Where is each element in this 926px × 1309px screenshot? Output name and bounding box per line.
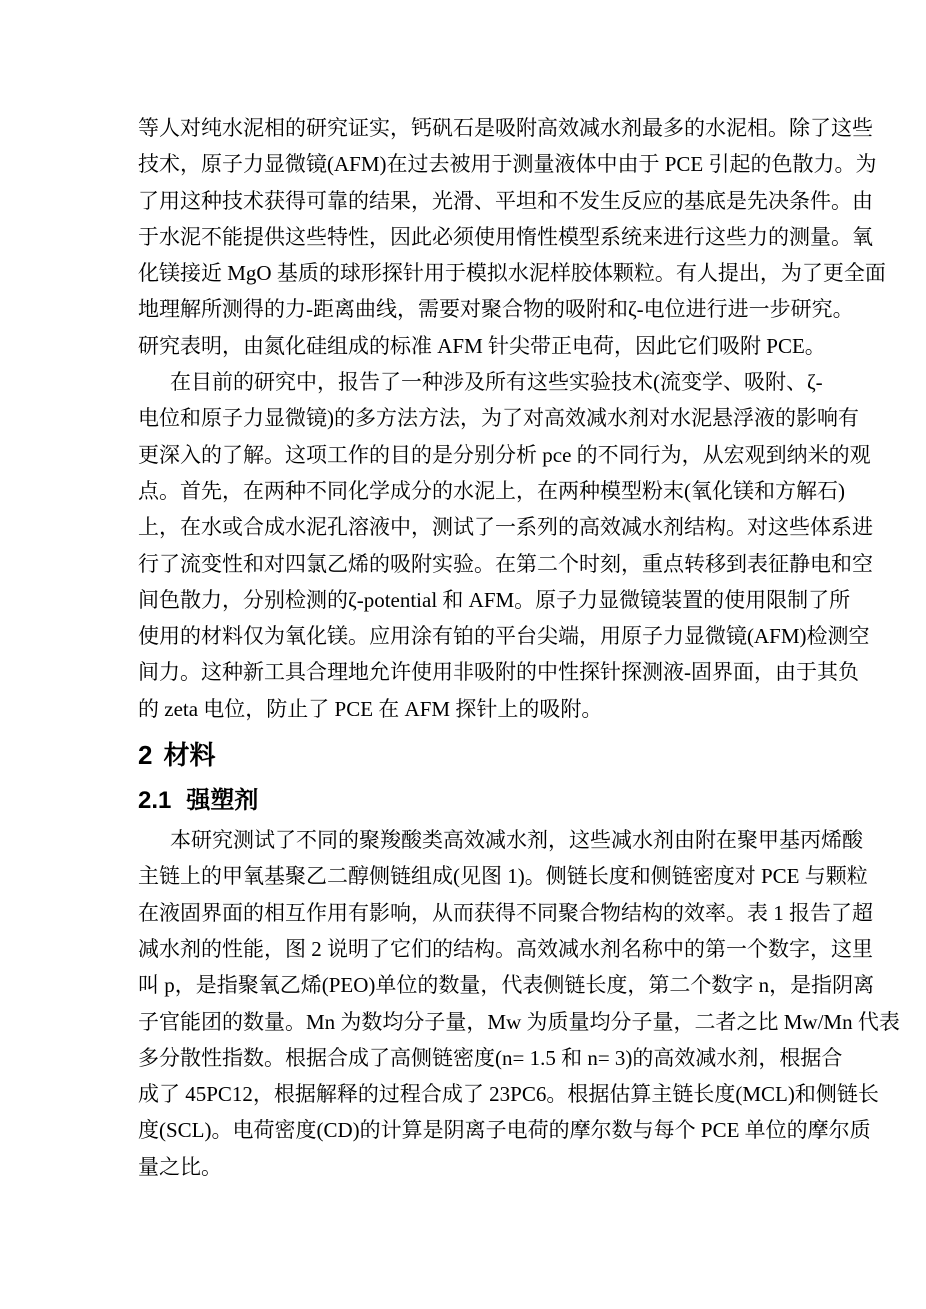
page-content: 等人对纯水泥相的研究证实，钙矾石是吸附高效减水剂最多的水泥相。除了这些技术，原子… — [138, 110, 792, 1185]
text-line: 化镁接近 MgO 基质的球形探针用于模拟水泥样胶体颗粒。有人提出，为了更全面 — [138, 255, 792, 291]
document-page: 等人对纯水泥相的研究证实，钙矾石是吸附高效减水剂最多的水泥相。除了这些技术，原子… — [0, 0, 926, 1309]
text-line: 在目前的研究中，报告了一种涉及所有这些实验技术(流变学、吸附、ζ- — [138, 364, 792, 400]
text-line: 在液固界面的相互作用有影响，从而获得不同聚合物结构的效率。表 1 报告了超 — [138, 895, 792, 931]
text-line: 上，在水或合成水泥孔溶液中，测试了一系列的高效减水剂结构。对这些体系进 — [138, 509, 792, 545]
heading-text: 材料 — [163, 740, 215, 770]
text-line: 子官能团的数量。Mn 为数均分子量，Mw 为质量均分子量，二者之比 Mw/Mn … — [138, 1004, 792, 1040]
text-line: 电位和原子力显微镜)的多方法方法，为了对高效减水剂对水泥悬浮液的影响有 — [138, 400, 792, 436]
text-line: 使用的材料仅为氧化镁。应用涂有铂的平台尖端，用原子力显微镜(AFM)检测空 — [138, 618, 792, 654]
paragraph: 本研究测试了不同的聚羧酸类高效减水剂，这些减水剂由附在聚甲基丙烯酸主链上的甲氧基… — [138, 822, 792, 1185]
paragraph: 在目前的研究中，报告了一种涉及所有这些实验技术(流变学、吸附、ζ-电位和原子力显… — [138, 364, 792, 727]
text-line: 于水泥不能提供这些特性，因此必须使用惰性模型系统来进行这些力的测量。氧 — [138, 219, 792, 255]
text-line: 本研究测试了不同的聚羧酸类高效减水剂，这些减水剂由附在聚甲基丙烯酸 — [138, 822, 792, 858]
text-line: 点。首先，在两种不同化学成分的水泥上，在两种模型粉末(氧化镁和方解石) — [138, 473, 792, 509]
section-heading-2.1: 2.1强塑剂 — [138, 783, 792, 819]
text-line: 成了 45PC12，根据解释的过程合成了 23PC6。根据估算主链长度(MCL)… — [138, 1076, 792, 1112]
text-line: 多分散性指数。根据合成了高侧链密度(n= 1.5 和 n= 3)的高效减水剂，根… — [138, 1040, 792, 1076]
text-line: 主链上的甲氧基聚乙二醇侧链组成(见图 1)。侧链长度和侧链密度对 PCE 与颗粒 — [138, 858, 792, 894]
text-line: 的 zeta 电位，防止了 PCE 在 AFM 探针上的吸附。 — [138, 691, 792, 727]
text-line: 研究表明，由氮化硅组成的标准 AFM 针尖带正电荷，因此它们吸附 PCE。 — [138, 328, 792, 364]
paragraph: 等人对纯水泥相的研究证实，钙矾石是吸附高效减水剂最多的水泥相。除了这些技术，原子… — [138, 110, 792, 364]
heading-number: 2 — [138, 740, 152, 770]
text-line: 等人对纯水泥相的研究证实，钙矾石是吸附高效减水剂最多的水泥相。除了这些 — [138, 110, 792, 146]
text-line: 地理解所测得的力-距离曲线，需要对聚合物的吸附和ζ-电位进行进一步研究。 — [138, 291, 792, 327]
heading-number: 2.1 — [138, 787, 171, 814]
text-line: 间力。这种新工具合理地允许使用非吸附的中性探针探测液-固界面，由于其负 — [138, 654, 792, 690]
section-heading-2: 2材料 — [138, 736, 792, 774]
text-line: 更深入的了解。这项工作的目的是分别分析 pce 的不同行为，从宏观到纳米的观 — [138, 437, 792, 473]
text-line: 间色散力，分别检测的ζ-potential 和 AFM。原子力显微镜装置的使用限… — [138, 582, 792, 618]
text-line: 度(SCL)。电荷密度(CD)的计算是阴离子电荷的摩尔数与每个 PCE 单位的摩… — [138, 1112, 792, 1148]
text-line: 行了流变性和对四氯乙烯的吸附实验。在第二个时刻，重点转移到表征静电和空 — [138, 546, 792, 582]
text-line: 减水剂的性能，图 2 说明了它们的结构。高效减水剂名称中的第一个数字，这里 — [138, 931, 792, 967]
text-line: 了用这种技术获得可靠的结果，光滑、平坦和不发生反应的基底是先决条件。由 — [138, 183, 792, 219]
heading-text: 强塑剂 — [186, 787, 258, 814]
text-line: 叫 p，是指聚氧乙烯(PEO)单位的数量，代表侧链长度，第二个数字 n，是指阴离 — [138, 967, 792, 1003]
text-line: 量之比。 — [138, 1149, 792, 1185]
text-line: 技术，原子力显微镜(AFM)在过去被用于测量液体中由于 PCE 引起的色散力。为 — [138, 146, 792, 182]
